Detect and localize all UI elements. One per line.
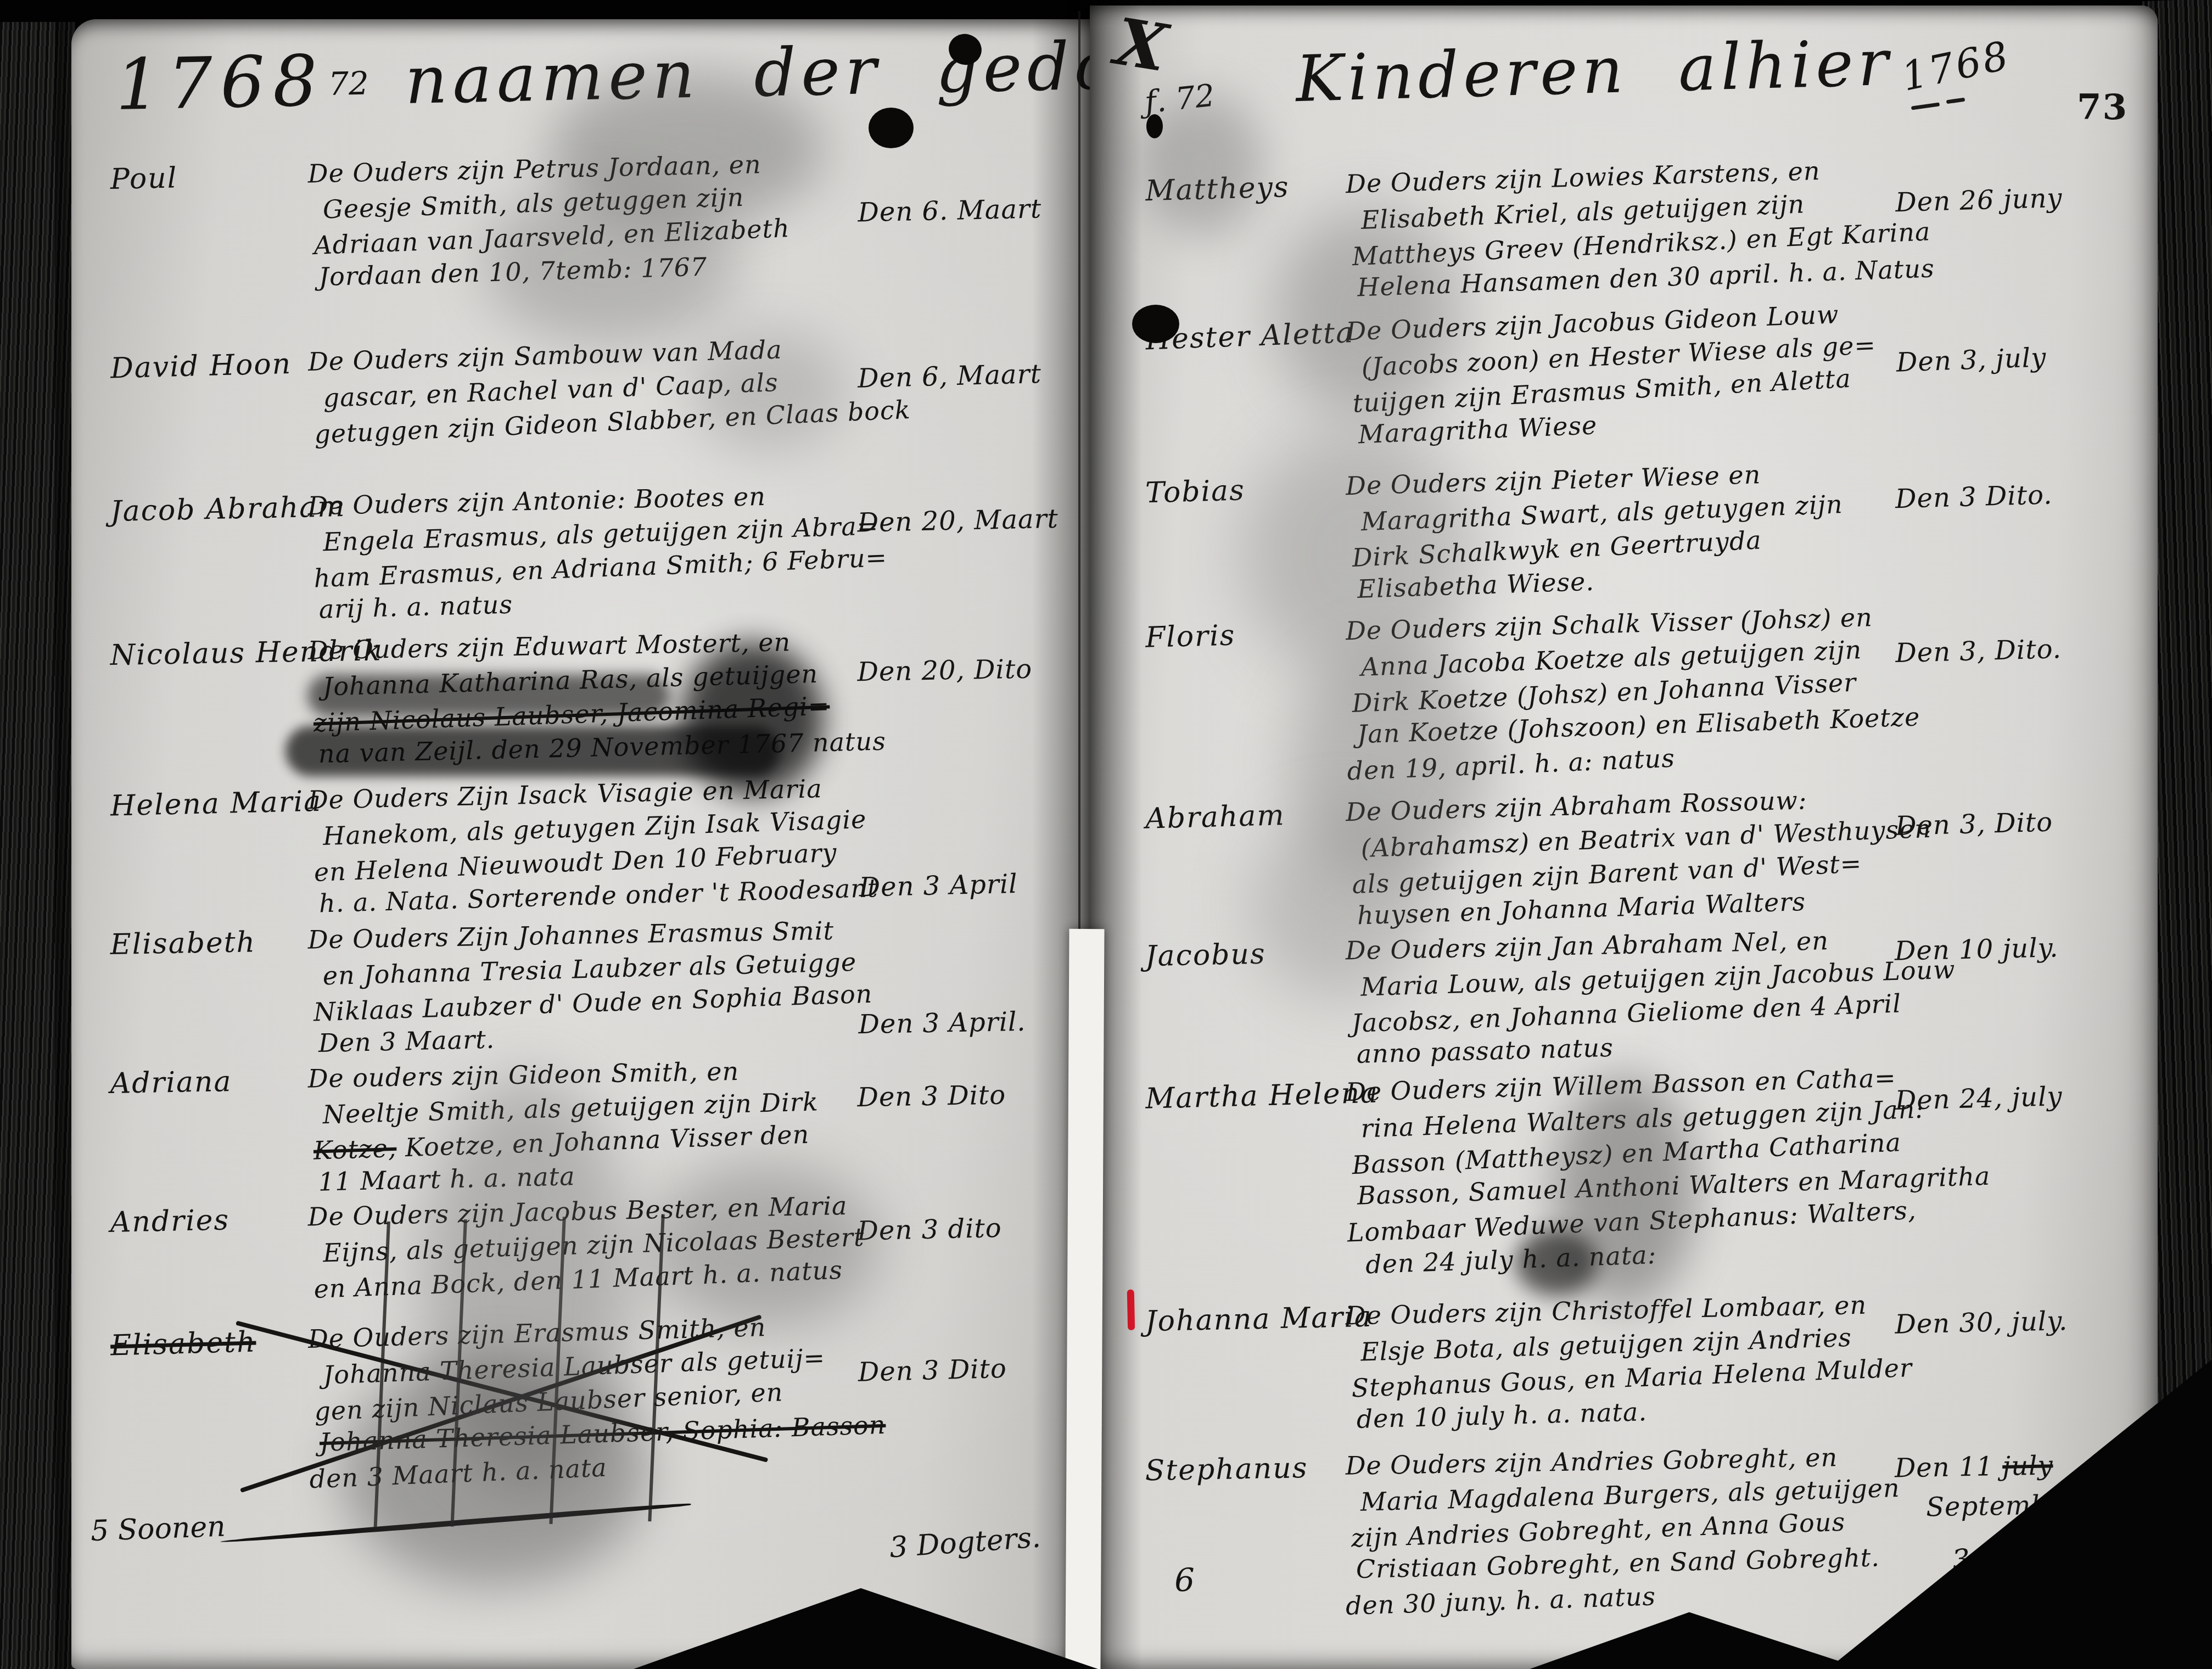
baptism-date: Den 26 juny bbox=[1895, 183, 2063, 218]
child-name: Stephanus bbox=[1145, 1452, 1308, 1487]
text-segment: Elisabetha Wiese. bbox=[1357, 567, 1594, 604]
right-page: X ƒ. 72 Kinderen alhier 1768 73 Mattheys… bbox=[1090, 5, 2158, 1669]
entry-text: De Ouders zijn Lowies Karstens, enElisab… bbox=[1345, 150, 1935, 303]
child-name: Elisabeth bbox=[110, 1325, 256, 1362]
baptism-date: Den 20, Dito bbox=[857, 654, 1033, 688]
baptism-date: Den 3 dito bbox=[857, 1213, 1002, 1246]
text-segment: anno passato natus bbox=[1356, 1033, 1614, 1069]
ink-blot bbox=[1132, 305, 1179, 343]
register-entry: Johanna Maria De Ouders zijn Christoffel… bbox=[1090, 1282, 2158, 1304]
child-name: Mattheys bbox=[1145, 171, 1290, 208]
gutter-crease bbox=[1078, 11, 1080, 939]
child-name: Poul bbox=[110, 161, 178, 196]
text-segment: 11 Maart h. a. nata bbox=[318, 1161, 575, 1197]
year-flourish bbox=[1911, 102, 1940, 110]
child-name: Andries bbox=[110, 1203, 229, 1239]
baptism-date: Den 3, july bbox=[1896, 342, 2047, 378]
child-name: Martha Helena bbox=[1145, 1077, 1379, 1116]
text-segment: den 24 july h. a. nata: bbox=[1365, 1240, 1657, 1279]
entry-text: De Ouders zijn Pieter Wiese enMaragritha… bbox=[1345, 455, 1845, 605]
right-page-title: Kinderen alhier bbox=[1295, 26, 1894, 116]
baptism-date: Den 3, Dito. bbox=[1895, 634, 2062, 669]
baptism-date: Den 3 Dito. bbox=[1895, 479, 2053, 514]
entry-text: De Ouders zijn Antonie: Bootes enEngela … bbox=[307, 477, 888, 625]
register-entry: Poul De Ouders zijn Petrus Jordaan, enGe… bbox=[71, 141, 1090, 162]
child-name: Jacobus bbox=[1145, 938, 1266, 973]
child-name: Abraham bbox=[1145, 799, 1285, 836]
left-folio-superscript: 72 bbox=[328, 64, 369, 103]
register-entry: Stephanus De Ouders zijn Andries Gobregh… bbox=[1090, 1435, 2158, 1453]
entry-text: De Ouders zijn Andries Gobreght, enMaria… bbox=[1345, 1439, 1902, 1619]
text-segment: den 10 july h. a. nata. bbox=[1356, 1397, 1648, 1434]
page-number: 73 bbox=[2077, 87, 2128, 128]
baptism-date: Den 24, july bbox=[1895, 1081, 2063, 1116]
baptism-date: Den 30, july. bbox=[1895, 1306, 2068, 1340]
text-segment: Jordaan den 10, 7temb: 1767 bbox=[318, 252, 708, 292]
baptism-date: Den 6, Maart bbox=[857, 359, 1041, 394]
margin-count-note: 6 bbox=[1174, 1561, 1195, 1599]
register-entry: Helena Maria De Ouders Zijn Isack Visagi… bbox=[71, 765, 1090, 788]
child-name: Floris bbox=[1145, 619, 1236, 654]
register-entry: Elisabeth De Ouders zijn Erasmus Smith, … bbox=[71, 1302, 1089, 1329]
child-name: David Hoon bbox=[110, 348, 292, 385]
left-year: 1768 bbox=[115, 40, 326, 126]
text-segment: den 3 Maart h. a. nata bbox=[309, 1453, 608, 1494]
text-segment: Den 3 Maart. bbox=[318, 1024, 495, 1058]
struck-text: july bbox=[2002, 1450, 2053, 1482]
baptism-date: Den 20, Maart bbox=[857, 503, 1059, 539]
text-segment: Maragritha Wiese bbox=[1358, 410, 1598, 449]
baptism-date: Den 3 Dito bbox=[857, 1079, 1006, 1113]
baptism-date: Den 10 july. bbox=[1894, 932, 2059, 966]
entry-text: De Ouders zijn Sambouw van Madagascar, e… bbox=[307, 329, 911, 447]
baptism-date: Den 3 April. bbox=[858, 1006, 1026, 1040]
text-segment: Den 11 bbox=[1894, 1451, 2002, 1483]
register-entry: Jacob Abraham De Ouders zijn Antonie: Bo… bbox=[71, 473, 1090, 494]
register-entry: David Hoon De Ouders zijn Sambouw van Ma… bbox=[71, 324, 1089, 351]
entry-text: De Ouders zijn Abraham Rossouw:(Abrahams… bbox=[1345, 780, 1934, 931]
entry-text: De Ouders zijn Jacobus Bester, en MariaE… bbox=[307, 1188, 865, 1302]
entry-text: De Ouders Zijn Johannes Erasmus Smiten J… bbox=[307, 913, 873, 1059]
register-entry: Abraham De Ouders zijn Abraham Rossouw:(… bbox=[1090, 774, 2157, 802]
child-name: Adriana bbox=[110, 1065, 232, 1100]
entry-text: De Ouders zijn Christoffel Lombaar, enEl… bbox=[1345, 1287, 1913, 1435]
entry-text: De Ouders zijn Jacobus Gideon Louw(Jacob… bbox=[1345, 296, 1879, 450]
register-entry: Tobias De Ouders zijn Pieter Wiese enMar… bbox=[1090, 446, 2157, 476]
baptism-date: Den 3 April bbox=[859, 869, 1018, 903]
entry-text: De Ouders Zijn Isack Visagie en MariaHan… bbox=[307, 770, 878, 919]
child-name: Helena Maria bbox=[110, 785, 322, 823]
year-flourish bbox=[1946, 98, 1965, 104]
entry-text: De Ouders zijn Schalk Visser (Johsz) enA… bbox=[1345, 599, 1922, 784]
baptism-date: Den 3 Dito bbox=[858, 1353, 1007, 1388]
strike-underline bbox=[220, 1502, 691, 1544]
entry-text: De Ouders zijn Erasmus Smith, enJohanna … bbox=[307, 1307, 887, 1492]
left-page: 176872naamen der gedoopteƒ 74. Poul De O… bbox=[71, 19, 1090, 1669]
paper-repair-strip bbox=[1065, 929, 1104, 1669]
entry-text: De Ouders zijn Petrus Jordaan, enGeesje … bbox=[307, 147, 791, 293]
sons-count: 5 Soonen bbox=[90, 1510, 226, 1548]
text-segment: den 30 juny. h. a. natus bbox=[1345, 1581, 1656, 1621]
right-year: 1768 bbox=[1897, 32, 2014, 100]
entry-text: De ouders zijn Gideon Smith, enNeeltje S… bbox=[307, 1052, 820, 1197]
struck-text: Kotze, bbox=[313, 1133, 397, 1166]
daughters-count: 3 Dogters. bbox=[888, 1521, 1041, 1564]
register-entry: Mattheys De Ouders zijn Lowies Karstens,… bbox=[1090, 144, 2157, 174]
entry-text: De Ouders zijn Jan Abraham Nel, enMaria … bbox=[1345, 921, 1957, 1069]
child-name: Elisabeth bbox=[110, 926, 256, 961]
register-entry: Nicolaus Hendrik De Ouders zijn Eduwart … bbox=[71, 620, 1090, 637]
entry-text: De Ouders zijn Eduwart Mostert, enJohann… bbox=[307, 623, 886, 769]
child-name: Johanna Maria bbox=[1145, 1301, 1373, 1338]
child-name: Tobias bbox=[1145, 474, 1245, 509]
baptism-register-scan: 176872naamen der gedoopteƒ 74. Poul De O… bbox=[0, 0, 2212, 1669]
ink-blot bbox=[1146, 114, 1163, 138]
text-segment: arij h. a. natus bbox=[318, 590, 513, 624]
baptism-date: Den 3, Dito bbox=[1895, 807, 2053, 842]
ink-blot bbox=[869, 108, 914, 148]
baptism-date: Den 6. Maart bbox=[858, 193, 1042, 228]
